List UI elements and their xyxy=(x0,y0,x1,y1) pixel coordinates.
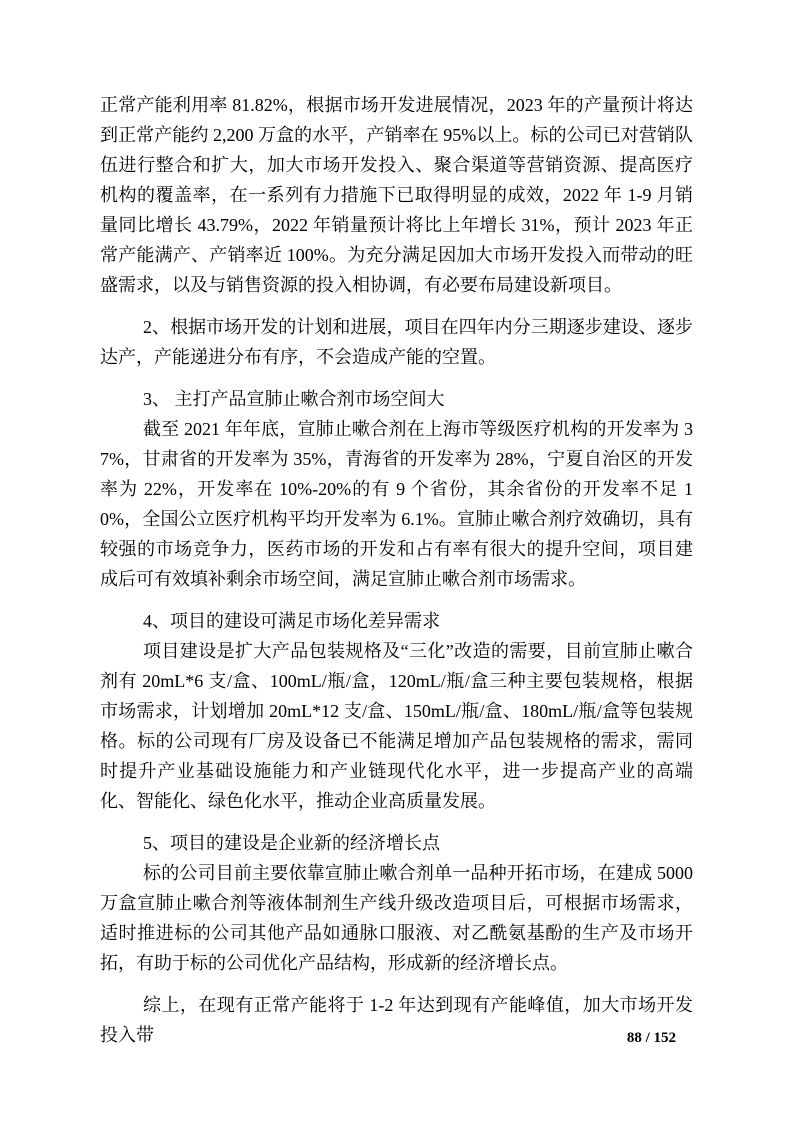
paragraph-point-5-body: 标的公司目前主要依靠宣肺止嗽合剂单一品种开拓市场，在建成 5000 万盒宣肺止嗽… xyxy=(100,858,693,978)
document-body: 正常产能利用率 81.82%，根据市场开发进展情况，2023 年的产量预计将达到… xyxy=(100,90,693,1050)
page-number: 88 / 152 xyxy=(100,1028,676,1048)
paragraph-point-4-body: 项目建设是扩大产品包装规格及“三化”改造的需要，目前宣肺止嗽合剂有 20mL*6… xyxy=(100,636,693,816)
paragraph-capacity-continued: 正常产能利用率 81.82%，根据市场开发进展情况，2023 年的产量预计将达到… xyxy=(100,90,693,300)
heading-point-4: 4、项目的建设可满足市场化差异需求 xyxy=(100,606,693,636)
document-page: 正常产能利用率 81.82%，根据市场开发进展情况，2023 年的产量预计将达到… xyxy=(0,0,793,1122)
paragraph-point-2: 2、根据市场开发的计划和进展，项目在四年内分三期逐步建设、逐步达产，产能递进分布… xyxy=(100,312,693,372)
paragraph-point-3-body: 截至 2021 年年底，宣肺止嗽合剂在上海市等级医疗机构的开发率为 37%，甘肃… xyxy=(100,414,693,594)
heading-point-3: 3、 主打产品宣肺止嗽合剂市场空间大 xyxy=(100,384,693,414)
heading-point-5: 5、项目的建设是企业新的经济增长点 xyxy=(100,828,693,858)
